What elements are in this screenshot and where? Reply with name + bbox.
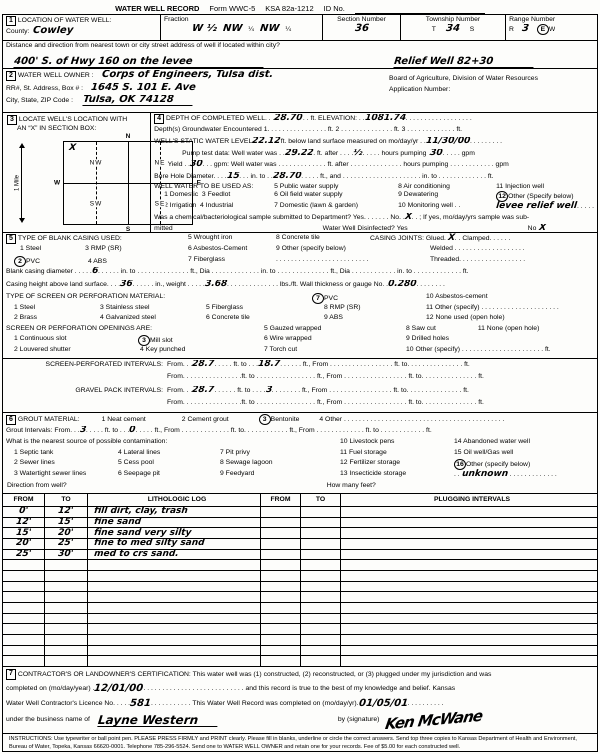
table-cell (261, 582, 301, 592)
table-cell (261, 507, 301, 517)
table-cell (45, 571, 88, 581)
casing-gauge-value: 0.280 (388, 280, 417, 289)
table-cell: 12' (3, 518, 45, 528)
quarter-glyph-1: ¼ (248, 26, 254, 34)
table-row (3, 582, 597, 593)
table-cell (3, 603, 45, 613)
table-cell: 20' (3, 539, 45, 549)
screen-openings-options: SCREEN OR PERFORATION OPENINGS ARE: 5 Ga… (3, 325, 597, 357)
contamination-label: What is the nearest source of possible c… (6, 438, 338, 449)
contam-12: 12 Fertilizer storage (340, 459, 452, 470)
distance-value: 400' S. of Hwy 160 on the levee (13, 57, 264, 68)
contamination-options: What is the nearest source of possible c… (3, 438, 597, 479)
fraction-3-value: NW (259, 24, 279, 34)
table-cell (45, 646, 88, 656)
table-cell (45, 635, 88, 645)
opening-3-circled: 3 (138, 335, 150, 346)
table-cell (341, 571, 597, 581)
board-label: Board of Agriculture, Division of Water … (389, 75, 594, 83)
table-cell (88, 614, 261, 624)
grout-intervals-post: . . . . . ft., From . . . . . . . . . . … (136, 427, 432, 435)
contam-11: 11 Fuel storage (340, 449, 452, 460)
casing-option-7: 7 Fiberglass (188, 256, 274, 267)
table-cell (88, 656, 261, 666)
section5-row: 5TYPE OF BLANK CASING USED: 5 Wrought ir… (3, 233, 597, 359)
sp-to-value: 18.7 (257, 360, 280, 369)
sample-post: . . ; If yes, mo/day/yrs sample was sub- (412, 214, 529, 222)
sp-blank-line: From. . . . . . . . . . . . . . . . (167, 373, 241, 381)
casing-option-5: 5 Wrought iron (188, 234, 274, 245)
table-cell (301, 603, 341, 613)
table-cell (45, 592, 88, 602)
table-cell (301, 656, 341, 666)
table-row (3, 614, 597, 625)
table-cell: fine to med silty sand (88, 539, 261, 549)
contam-14: 14 Abandoned water well (454, 438, 594, 449)
material-1: 1 Steel (6, 304, 98, 315)
completed-post: . . . . . . . . . . . . . . . . . . . . … (143, 685, 455, 693)
quadrant-ne-label: NE (154, 159, 165, 166)
table-cell: fill dirt, clay, trash (88, 507, 261, 517)
form-header: WATER WELL RECORD Form WWC-5 KSA 82a-121… (0, 0, 600, 15)
bore-mid: . . . in. to . . (239, 173, 273, 181)
pump-gpm-value: 30 (430, 149, 443, 158)
table-cell (3, 624, 45, 634)
township-cell: Township Number T 34 S (401, 15, 506, 40)
compass-s: S (126, 226, 130, 233)
section6-row: 6 GROUT MATERIAL: 1 Neat cement 2 Cement… (3, 413, 597, 479)
well-x-mark: X (69, 144, 77, 153)
table-cell (3, 614, 45, 624)
blank-casing-options: 5TYPE OF BLANK CASING USED: 5 Wrought ir… (3, 234, 597, 267)
table-cell (301, 507, 341, 517)
table-cell (261, 592, 301, 602)
opening-2: 2 Louvered shutter (6, 346, 108, 357)
pump-test-mid2: . . . . . hours pumping . (363, 150, 431, 158)
use-option-12: Other (Specify below) (508, 193, 573, 200)
table-row (3, 624, 597, 635)
table-cell (261, 571, 301, 581)
col-to-2: TO (301, 494, 341, 506)
joints-post: . . Clamped. . . . . . (455, 235, 511, 242)
table-row (3, 571, 597, 582)
table-cell (301, 560, 341, 570)
contam-8: 8 Sewage lagoon (220, 459, 338, 470)
table-row: 25'30'med to crs sand. (3, 550, 597, 561)
distance-question-row: Distance and direction from nearest town… (3, 41, 597, 53)
table-cell (341, 592, 597, 602)
section1-location-cell: 1 LOCATION OF WATER WELL: County: Cowley (3, 15, 161, 40)
quadrant-sw-label: SW (90, 200, 102, 207)
township-value: 34 (445, 24, 460, 34)
table-cell (261, 646, 301, 656)
opening-3: Mill slot (150, 337, 173, 344)
litho-table-rows: 0'12'fill dirt, clay, trash12'15'fine sa… (3, 507, 597, 667)
sp-to-pre: . . . . . ft. to . . . (215, 361, 258, 369)
groundwater-line: Depth(s) Groundwater Encountered 1. . . … (154, 126, 594, 138)
section4-number: 4 (154, 114, 164, 124)
table-cell (301, 614, 341, 624)
contam-16-post: . . . . . . . . . . . . . (510, 471, 557, 478)
grout-from-value: 3 (79, 426, 86, 435)
table-row: 12'15'fine sand (3, 518, 597, 529)
compass-w: W (54, 179, 60, 186)
table-cell (88, 624, 261, 634)
table-cell (45, 582, 88, 592)
completed-pre: completed on (mo/day/year) . (6, 685, 94, 693)
table-cell: 30' (45, 550, 88, 560)
table-cell (3, 635, 45, 645)
material-6: 6 Concrete tile (206, 314, 310, 325)
openings-title: SCREEN OR PERFORATION OPENINGS ARE: (6, 325, 262, 336)
casing-weight-value: 3.68 (204, 280, 227, 289)
grout-intervals-mid: . . . . . ft. to . . . (86, 427, 129, 435)
section-box-diagram: NW NE SW SE X N S W E (63, 141, 193, 225)
material-2: 2 Brass (6, 314, 98, 325)
section1-row: 1 LOCATION OF WATER WELL: County: Cowley… (3, 15, 597, 41)
static-level-value: 22.12 (252, 137, 281, 146)
fraction-1-value: W ½ (191, 24, 217, 34)
table-cell (88, 592, 261, 602)
static-date-value: 11/30/00 (425, 137, 470, 146)
contam-10: 10 Livestock pens (340, 438, 452, 449)
table-cell (45, 603, 88, 613)
elevation-post: . . . . . . . . . . . . . . . . . . (406, 115, 472, 123)
opening-8: 8 Saw cut (406, 325, 436, 332)
gp-to-pre: . . . . . . ft. to . . . . (215, 387, 266, 395)
form-number: Form WWC-5 (209, 5, 255, 14)
depth-completed-value: 28.70 (274, 114, 303, 123)
casing-option-9-dots: . . . . . . . . . . . . . . . . . . . . … (276, 256, 368, 267)
section5-number: 5 (6, 234, 16, 244)
joints-glued-x: X (447, 234, 455, 243)
material-4: 4 Galvanized steel (100, 314, 204, 325)
casing-title: TYPE OF BLANK CASING USED: (18, 235, 122, 242)
form-id-label: ID No. (324, 5, 345, 14)
pump-test-mid: . ft. after . . . . (313, 150, 353, 158)
water-well-record-form: WATER WELL RECORD Form WWC-5 KSA 82a-121… (0, 0, 600, 754)
contam-3: 3 Watertight sewer lines (6, 470, 116, 480)
table-cell (301, 528, 341, 538)
table-cell (261, 539, 301, 549)
grout-option-2: 2 Cement grout (182, 416, 229, 424)
elevation-value: 1081.74 (364, 114, 406, 123)
use-option-4: 4 Industrial (200, 202, 233, 209)
address-value: 1645 S. 101 E. Ave (91, 83, 197, 93)
gp-to-value: 3 (265, 386, 272, 395)
grout-option-4: 4 Other . . . . . . . . . . . . . . . . … (319, 416, 504, 424)
quadrant-nw-label: NW (90, 159, 103, 166)
table-row: 0'12'fill dirt, clay, trash (3, 507, 597, 518)
table-cell (261, 528, 301, 538)
table-cell (88, 571, 261, 581)
table-row: 15'20'fine sand very silty (3, 528, 597, 539)
city-value: Tulsa, OK 74128 (82, 95, 193, 106)
owner-value: Corps of Engineers, Tulsa dist. (101, 70, 273, 80)
material-11: 11 Other (specify) . . . . . . . . . . .… (426, 304, 594, 315)
table-cell (261, 614, 301, 624)
table-cell (301, 646, 341, 656)
license-post: . . . . . . . . . . . This Water Well Re… (151, 700, 359, 708)
bore-post: . . . . . ft., and . . . . . . . . . . .… (301, 173, 493, 181)
screen-material-title: TYPE OF SCREEN OR PERFORATION MATERIAL: (6, 293, 310, 304)
sp-blank-rest: ft. to . . . . . . . . . . . . . . . . f… (241, 373, 483, 381)
table-cell (3, 582, 45, 592)
sp-from-value: 28.7 (192, 360, 215, 369)
casing-height-value: 36 (120, 280, 133, 289)
section1-title: LOCATION OF WATER WELL: (18, 17, 112, 25)
county-value: Cowley (33, 26, 74, 36)
static-level-mid: ft. below land surface measured on mo/da… (281, 138, 426, 146)
compass-n: N (126, 133, 131, 140)
table-cell (45, 624, 88, 634)
table-cell (341, 539, 597, 549)
table-cell (341, 507, 597, 517)
table-cell (341, 646, 597, 656)
col-plugging-intervals: PLUGGING INTERVALS (341, 494, 597, 506)
opening-4: 4 Key punched (110, 346, 262, 357)
county-label: County: (6, 28, 29, 36)
table-cell (45, 656, 88, 666)
casing-height-post: . . . . . . . . (417, 281, 445, 289)
material-7-circled: 7 (312, 293, 324, 304)
section3-number: 3 (7, 115, 17, 125)
pump-depth-value: 29.22 (284, 149, 313, 158)
table-cell (3, 571, 45, 581)
casing-option-2-circled: 2 (14, 256, 26, 267)
table-row (3, 560, 597, 571)
table-cell: fine sand (88, 518, 261, 528)
sp-from-label: From. . . (167, 361, 192, 369)
form-title: WATER WELL RECORD (115, 5, 199, 14)
table-cell (45, 614, 88, 624)
opening-11: 11 None (open hole) (478, 325, 539, 332)
table-cell (3, 592, 45, 602)
table-row (3, 592, 597, 603)
address-label: RR#, St. Address, Box # : (6, 85, 83, 93)
casing-height-mid: . . . . . . in., weight . . . . . (133, 281, 205, 289)
grout-intervals-pre: Grout Intervals: From. . . (6, 427, 80, 435)
contam-7: 7 Pit privy (220, 449, 338, 460)
table-cell (341, 560, 597, 570)
owner-block: 2 WATER WELL OWNER : Corps of Engineers,… (3, 69, 386, 112)
table-cell (341, 624, 597, 634)
casing-option-6: 6 Asbestos-Cement (188, 245, 274, 256)
depth-completed-post: . . ft. ELEVATION: . . (303, 115, 365, 123)
bore-depth-value: 28.70 (272, 172, 301, 181)
contam-2: 2 Sewer lines (6, 459, 116, 470)
contam-16: Other (specify below) (466, 461, 530, 468)
gp-from-value: 28.7 (192, 386, 215, 395)
completed-date-value: 12/01/00 (94, 684, 144, 694)
section6-number: 6 (6, 415, 16, 425)
table-cell: 25' (3, 550, 45, 560)
use-specify-value: levee relief well (496, 202, 578, 211)
table-cell (301, 571, 341, 581)
table-cell (341, 656, 597, 666)
certification-line1: CONTRACTOR'S OR LANDOWNER'S CERTIFICATIO… (18, 671, 491, 679)
opening-6: 6 Wire wrapped (264, 335, 404, 346)
range-east-circled: E (537, 24, 549, 35)
table-cell: 25' (45, 539, 88, 549)
section1-number: 1 (6, 16, 16, 26)
pump-test-pre: Pump test data: Well water was . . (182, 150, 285, 158)
table-cell (341, 550, 597, 560)
casing-option-2: PVC (26, 258, 40, 265)
table-cell (341, 603, 597, 613)
table-row (3, 646, 597, 657)
range-value: 3 (521, 24, 529, 34)
table-row: 20'25'fine to med silty sand (3, 539, 597, 550)
table-cell (341, 528, 597, 538)
grout-option-3: Bentonite (271, 416, 300, 423)
material-9: 9 ABS (312, 314, 424, 325)
col-lithologic-log: LITHOLOGIC LOG (88, 494, 261, 506)
signature-value: Ken McWane (384, 711, 483, 729)
section3-title-1: LOCATE WELL'S LOCATION WITH (19, 116, 127, 124)
use-option-5: 5 Public water supply (274, 183, 396, 191)
section7-row: 7 CONTRACTOR'S OR LANDOWNER'S CERTIFICAT… (3, 667, 597, 733)
table-cell (88, 582, 261, 592)
material-5: 5 Fiberglass (206, 304, 310, 315)
table-cell: 20' (45, 528, 88, 538)
record-date-value: 01/05/01 (358, 699, 408, 709)
static-level-post: . . . . . . . . . (470, 138, 502, 146)
casing-diameter-post: . . . . . . in. to . . . . . . . . . . .… (98, 268, 469, 276)
contam-4: 4 Lateral lines (118, 449, 218, 460)
section4-box: 4 DEPTH OF COMPLETED WELL. . . 28.70 . .… (151, 113, 597, 232)
contam-13: 13 Insecticide storage (340, 470, 452, 480)
material-8: 8 RMP (SR) (312, 304, 424, 315)
use-option-7: 7 Domestic (lawn & garden) (274, 202, 396, 211)
gravel-intervals-label: GRAVEL PACK INTERVALS: (3, 387, 167, 395)
contam-16-pre: . . (454, 471, 460, 478)
distance-answer-row: 400' S. of Hwy 160 on the levee Relief W… (3, 53, 597, 69)
contam-15: 15 Oil well/Gas well (454, 449, 594, 460)
casing-option-4: 4 ABS (88, 258, 107, 265)
disinfected-label: Water Well Disinfected? Yes (323, 225, 408, 233)
license-value: 581 (130, 699, 152, 709)
table-cell (301, 582, 341, 592)
casing-diameter-value: 6 (91, 267, 98, 276)
section3-4-row: 3 LOCATE WELL'S LOCATION WITH AN “X” IN … (3, 113, 597, 233)
application-number-label: Application Number: (389, 86, 594, 94)
table-cell (301, 550, 341, 560)
form-body: 1 LOCATION OF WATER WELL: County: Cowley… (2, 14, 598, 752)
form-ksa: KSA 82a-1212 (265, 5, 313, 14)
col-from-1: FROM (3, 494, 45, 506)
quadrant-se-label: SE (155, 200, 166, 207)
gp-blank-rest: ft. to . . . . . . . . . . . . . . . . f… (241, 399, 483, 407)
yield-post: . . . gpm: Well water was . . . . . . . … (203, 161, 509, 169)
use-option-10: 10 Monitoring well . . (398, 202, 494, 211)
table-cell (261, 603, 301, 613)
table-cell (88, 635, 261, 645)
table-row (3, 635, 597, 646)
section7-number: 7 (6, 669, 16, 679)
joints-threaded: Threaded. . . . . . . . . . . . . . . . … (370, 256, 594, 267)
gp-blank-line: From. . . . . . . . . . . . . . . . (167, 399, 241, 407)
township-label: Township Number (404, 16, 502, 24)
litho-table: FROM TO LITHOLOGIC LOG FROM TO PLUGGING … (3, 494, 597, 667)
opening-10: 10 Other (specify) . . . . . . . . . . .… (406, 346, 594, 357)
grout-option-1: 1 Neat cement (102, 416, 146, 424)
contam-16-value: unknown (461, 470, 508, 479)
contam-1: 1 Septic tank (6, 449, 116, 460)
distance-label: Distance and direction from nearest town… (6, 42, 280, 49)
license-pre: Water Well Contractor's Licence No. . . … (6, 700, 130, 708)
table-cell (3, 656, 45, 666)
opening-5: 5 Gauzed wrapped (264, 325, 404, 336)
range-cell: Range Number R 3 EW (506, 15, 558, 40)
fraction-2-value: NW (222, 24, 242, 34)
table-cell: 15' (45, 518, 88, 528)
casing-option-9: 9 Other (specify below) (276, 245, 368, 256)
table-row (3, 603, 597, 614)
table-cell (261, 550, 301, 560)
contam-5: 5 Cess pool (118, 459, 218, 470)
well-use-options: WELL WATER TO BE USED AS: 5 Public water… (154, 183, 594, 211)
col-to-1: TO (45, 494, 88, 506)
material-10: 10 Asbestos-cement (426, 293, 594, 304)
table-cell (88, 560, 261, 570)
record-date-post: . . . . . . . . . . (408, 700, 444, 708)
business-name-value: Layne Western (97, 714, 218, 727)
how-many-feet-label: How many feet? (327, 482, 376, 490)
table-cell (301, 635, 341, 645)
quarter-glyph-2: ¼ (285, 26, 291, 34)
table-cell (88, 603, 261, 613)
signature-label: by (signature) (338, 716, 380, 724)
bore-diameter-value: 15 (226, 172, 239, 181)
table-cell (301, 624, 341, 634)
section3-title-2: AN “X” IN SECTION BOX: (17, 125, 146, 133)
contam-9: 9 Feedyard (220, 470, 338, 480)
one-mile-label: 1 Mile (15, 175, 22, 191)
use-option-3: 3 Feedlot (202, 191, 230, 198)
section2-number: 2 (6, 71, 16, 81)
table-cell (261, 560, 301, 570)
agency-block: Board of Agriculture, Division of Water … (386, 69, 597, 112)
joints-pre: CASING JOINTS: Glued. (370, 235, 446, 242)
material-12: 12 None used (open hole) (426, 314, 594, 325)
opening-1: 1 Continuous slot (6, 335, 108, 346)
sample-line2: mitted (154, 225, 173, 233)
township-s: S (470, 26, 475, 34)
pump-hours-value: ½ (353, 149, 363, 158)
business-pre: under the business name of (6, 716, 90, 724)
range-r: R (509, 26, 514, 34)
table-cell (341, 614, 597, 624)
fraction-label: Fraction (164, 16, 189, 24)
table-cell (341, 635, 597, 645)
col-from-2: FROM (261, 494, 301, 506)
table-cell: med to crs sand. (88, 550, 261, 560)
table-cell: fine sand very silty (88, 528, 261, 538)
joints-welded: Welded . . . . . . . . . . . . . . . . .… (370, 245, 594, 256)
sp-post: . . . . . . ft., From . . . . . . . . . … (280, 361, 470, 369)
depth-completed-pre: DEPTH OF COMPLETED WELL. . . (166, 115, 274, 123)
casing-option-3: 3 RMP (SR) (85, 245, 122, 252)
material-7: PVC (324, 295, 338, 302)
one-mile-arrow: 1 Mile (17, 143, 27, 223)
grout-title: GROUT MATERIAL: (18, 416, 80, 424)
compass-e: E (197, 179, 201, 186)
gp-from-label: From. . . (167, 387, 192, 395)
direction-from-well-label: Direction from well? (3, 482, 67, 490)
screen-material-options: TYPE OF SCREEN OR PERFORATION MATERIAL: … (3, 293, 597, 325)
section-number-cell: Section Number 36 (323, 15, 401, 40)
